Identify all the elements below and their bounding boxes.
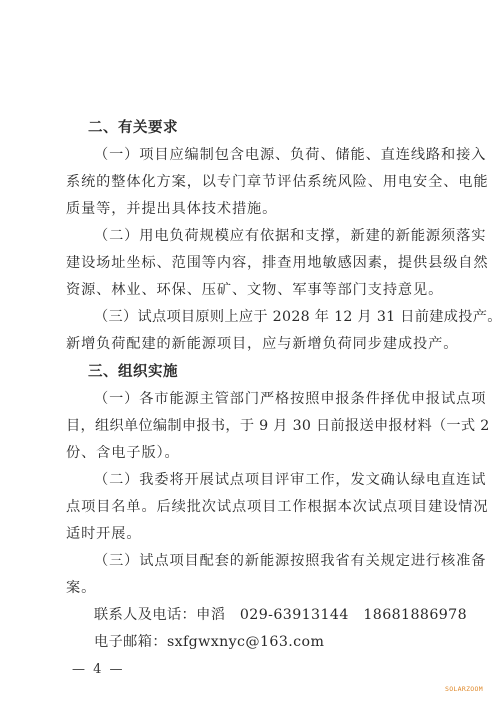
- paragraph-line: 资源、林业、环保、压矿、文物、军事等部门支持意见。: [66, 280, 438, 300]
- paragraph-line: 目，组织单位编制申报书，于 9 月 30 日前报送申报材料（一式 2: [66, 416, 438, 436]
- paragraph-line: （一）项目应编制包含电源、负荷、储能、直连线路和接入: [94, 145, 438, 165]
- contact-phone: 联系人及电话：申滔 029-63913144 18681886978: [94, 605, 466, 625]
- section-heading-requirements: 二、有关要求: [88, 118, 460, 138]
- contact-email: 电子邮箱：sxfgwxnyc@163.com: [94, 632, 466, 652]
- paragraph-line: （三）试点项目原则上应于 2028 年 12 月 31 日前建成投产。: [94, 307, 438, 327]
- paragraph-line: 适时开展。: [66, 524, 438, 544]
- paragraph-line: 份、含电子版）。: [66, 443, 438, 463]
- paragraph-line: 建设场址坐标、范围等内容，排查用地敏感因素，提供县级自然: [66, 253, 438, 273]
- paragraph-line: （一）各市能源主管部门严格按照申报条件择优申报试点项: [94, 389, 438, 409]
- page-number: — 4 —: [72, 662, 125, 677]
- watermark-logo: SOLARZOOM: [445, 685, 483, 693]
- paragraph-line: （三）试点项目配套的新能源按照我省有关规定进行核准备: [94, 551, 438, 571]
- section-heading-implementation: 三、组织实施: [88, 362, 460, 382]
- paragraph-line: 新增负荷配建的新能源项目，应与新增负荷同步建成投产。: [66, 334, 438, 354]
- paragraph-line: （二）用电负荷规模应有依据和支撑，新建的新能源须落实: [94, 226, 438, 246]
- paragraph-line: 案。: [66, 578, 438, 598]
- document-page: 二、有关要求 （一）项目应编制包含电源、负荷、储能、直连线路和接入 系统的整体化…: [0, 0, 500, 707]
- paragraph-line: 质量等，并提出具体技术措施。: [66, 199, 438, 219]
- paragraph-line: 系统的整体化方案，以专门章节评估系统风险、用电安全、电能: [66, 172, 438, 192]
- paragraph-line: 点项目名单。后续批次试点项目工作根据本次试点项目建设情况: [66, 497, 438, 517]
- paragraph-line: （二）我委将开展试点项目评审工作，发文确认绿电直连试: [94, 470, 438, 490]
